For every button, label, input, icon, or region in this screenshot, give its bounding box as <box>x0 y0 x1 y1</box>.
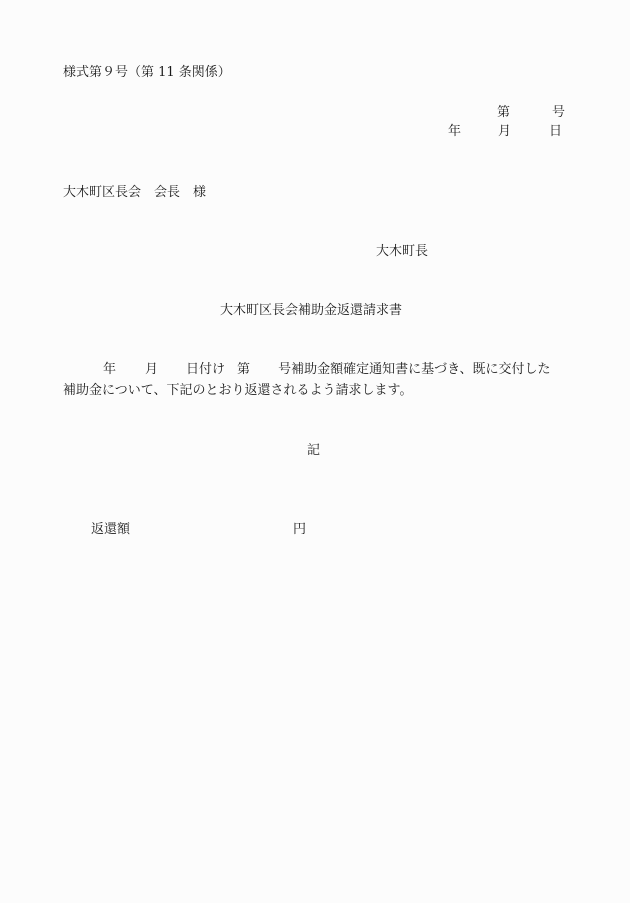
ki-heading: 記 <box>307 443 320 459</box>
date-year-label: 年 <box>448 124 461 140</box>
refund-amount-label: 返還額 <box>91 522 130 538</box>
sender: 大木町長 <box>376 244 428 260</box>
addressee: 大木町区長会 会長 様 <box>63 185 206 201</box>
body-number-prefix: 第 <box>237 362 250 377</box>
body-dated-label: 日付け <box>186 362 225 377</box>
body-year-label: 年 <box>103 362 116 377</box>
body-line-1: 年月日付け第号補助金額確定通知書に基づき、既に交付した <box>63 362 551 378</box>
form-number: 様式第９号（第 11 条関係） <box>63 65 231 81</box>
doc-number-suffix: 号 <box>552 105 565 121</box>
date-month-label: 月 <box>498 124 511 140</box>
body-month-label: 月 <box>145 362 158 377</box>
refund-amount-unit: 円 <box>293 522 306 538</box>
doc-number-prefix: 第 <box>497 105 510 121</box>
body-line-2: 補助金について、下記のとおり返還されるよう請求します。 <box>63 383 412 399</box>
body-line-1-rest: 号補助金額確定通知書に基づき、既に交付した <box>278 362 550 377</box>
document-title: 大木町区長会補助金返還請求書 <box>220 303 402 319</box>
date-day-label: 日 <box>549 124 562 140</box>
